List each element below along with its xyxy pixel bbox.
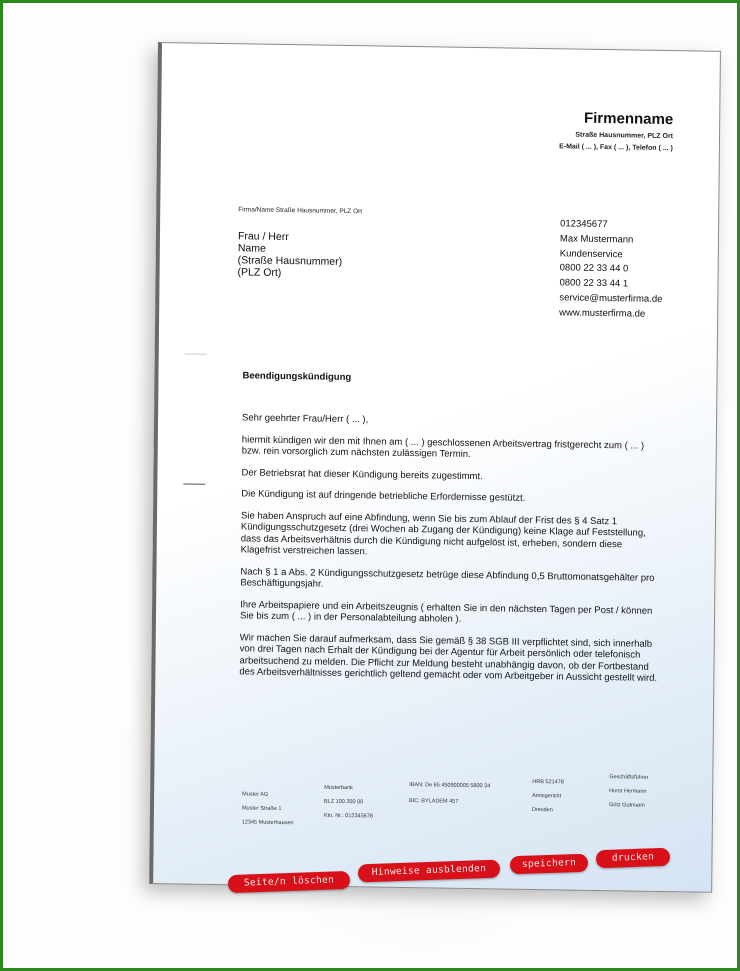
contact-person: Max Mustermann	[560, 232, 663, 248]
body-paragraph: Nach § 1 a Abs. 2 Kündigungsschutzgesetz…	[240, 566, 660, 596]
body-paragraph: Die Kündigung ist auf dringende betriebl…	[241, 488, 661, 506]
footer-line: Dresden	[532, 803, 564, 817]
company-contact: E-Mail ( ... ), Fax ( ... ), Telefon ( .…	[559, 143, 673, 152]
fold-mark	[185, 353, 207, 354]
recipient-address: Frau / Herr Name (Straße Hausnummer) (PL…	[238, 230, 343, 280]
save-button[interactable]: speichern	[510, 854, 589, 875]
footer-iban: IBAN: De 65 450900005 5800 34 BIC: BYLAD…	[409, 777, 490, 810]
letter-body: Sehr geehrter Frau/Herr ( ... ), hiermit…	[239, 412, 662, 694]
footer-line: Amtsgericht	[532, 789, 564, 803]
punch-mark	[183, 483, 205, 484]
footer-bank: Musterbank BLZ 100 200 00 Kto. Nr.: 0123…	[324, 781, 373, 824]
recipient-line: (PLZ Ort)	[238, 266, 343, 280]
fax: 0800 22 33 44 1	[559, 277, 662, 293]
footer-line: Götz Gutmann	[609, 798, 648, 813]
footer-line: Geschäftsführer	[609, 770, 648, 785]
body-paragraph: hiermit kündigen wir den mit Ihnen am ( …	[242, 434, 662, 464]
salutation: Sehr geehrter Frau/Herr ( ... ),	[242, 412, 662, 430]
reference-number: 012345677	[560, 217, 663, 233]
sender-return-line: Firma/Name Straße Hausnummer, PLZ Ort	[238, 206, 362, 215]
website: www.musterfirma.de	[559, 306, 662, 322]
company-address: Straße Hausnummer, PLZ Ort	[575, 132, 673, 141]
footer-management: Geschäftsführer Horst Hermann Götz Gutma…	[609, 770, 649, 813]
footer-line: 12345 Musterhausen	[242, 815, 294, 830]
footer-line: IBAN: De 65 450900005 5800 34	[409, 777, 490, 794]
phone: 0800 22 33 44 0	[560, 262, 663, 278]
print-button[interactable]: drucken	[596, 848, 671, 869]
footer-line: BLZ 100 200 00	[324, 795, 373, 810]
email: service@musterfirma.de	[559, 291, 662, 307]
info-block: 012345677 Max Mustermann Kundenservice 0…	[559, 217, 663, 322]
footer-register: HRB 521478 Amtsgericht Dresden	[532, 775, 564, 817]
footer-line: Musterbank	[324, 781, 373, 796]
footer-line: Horst Hermann	[609, 784, 648, 799]
footer-line: Muster AG	[242, 787, 294, 802]
footer-line: Muster Straße 1	[242, 801, 294, 816]
letter-page: Firmenname Straße Hausnummer, PLZ Ort E-…	[149, 42, 721, 893]
footer-line: HRB 521478	[532, 775, 564, 789]
department: Kundenservice	[560, 247, 663, 263]
body-paragraph: Wir machen Sie darauf aufmerksam, dass S…	[239, 632, 659, 685]
body-paragraph: Sie haben Anspruch auf eine Abfindung, w…	[241, 510, 661, 563]
footer-company: Muster AG Muster Straße 1 12345 Musterha…	[242, 787, 294, 830]
letter-subject: Beendigungskündigung	[242, 370, 351, 383]
body-paragraph: Ihre Arbeitspapiere und ein Arbeitszeugn…	[240, 599, 660, 629]
footer-line: Kto. Nr.: 012345678	[324, 809, 373, 824]
body-paragraph: Der Betriebsrat hat dieser Kündigung ber…	[241, 467, 661, 485]
footer-line: BIC: BYLADEM 457	[409, 793, 490, 810]
company-name: Firmenname	[584, 110, 673, 128]
